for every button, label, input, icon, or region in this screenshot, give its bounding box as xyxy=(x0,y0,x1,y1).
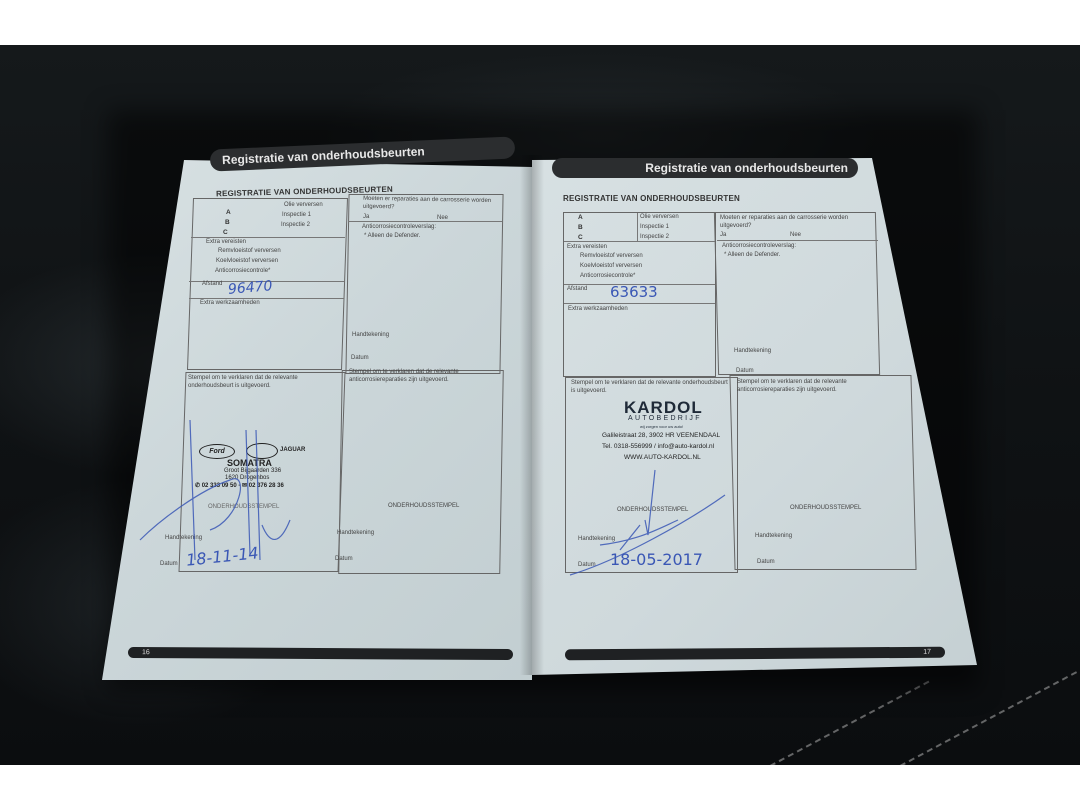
left-signature-icon xyxy=(140,420,290,560)
right-signature-icon xyxy=(570,470,725,575)
signature-strokes xyxy=(0,0,1080,810)
